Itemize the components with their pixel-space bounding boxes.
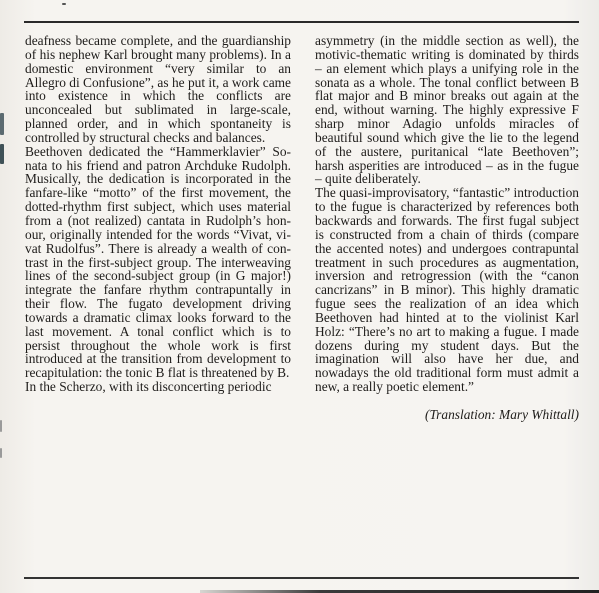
paragraph: asymmetry (in the middle section as well… [315, 34, 579, 186]
bottom-rule [24, 577, 579, 579]
left-edge-mark [0, 144, 4, 164]
paragraph: The quasi-improvisatory, “fantastic” int… [315, 186, 579, 394]
left-text-column: deafness became complete, and the guardi… [25, 34, 291, 394]
left-edge-mark [0, 420, 2, 432]
paragraph: deafness became complete, and the guardi… [25, 34, 291, 145]
left-edge-mark [0, 448, 2, 458]
print-speck [62, 3, 66, 5]
right-text-column: asymmetry (in the middle section as well… [315, 34, 579, 422]
paragraph: Beethoven dedicated the “Hammerklavier” … [25, 145, 291, 380]
translation-credit: (Translation: Mary Whittall) [315, 408, 579, 422]
top-rule [24, 21, 579, 23]
left-edge-mark [0, 113, 4, 135]
paragraph: In the Scherzo, with its disconcerting p… [25, 380, 291, 394]
